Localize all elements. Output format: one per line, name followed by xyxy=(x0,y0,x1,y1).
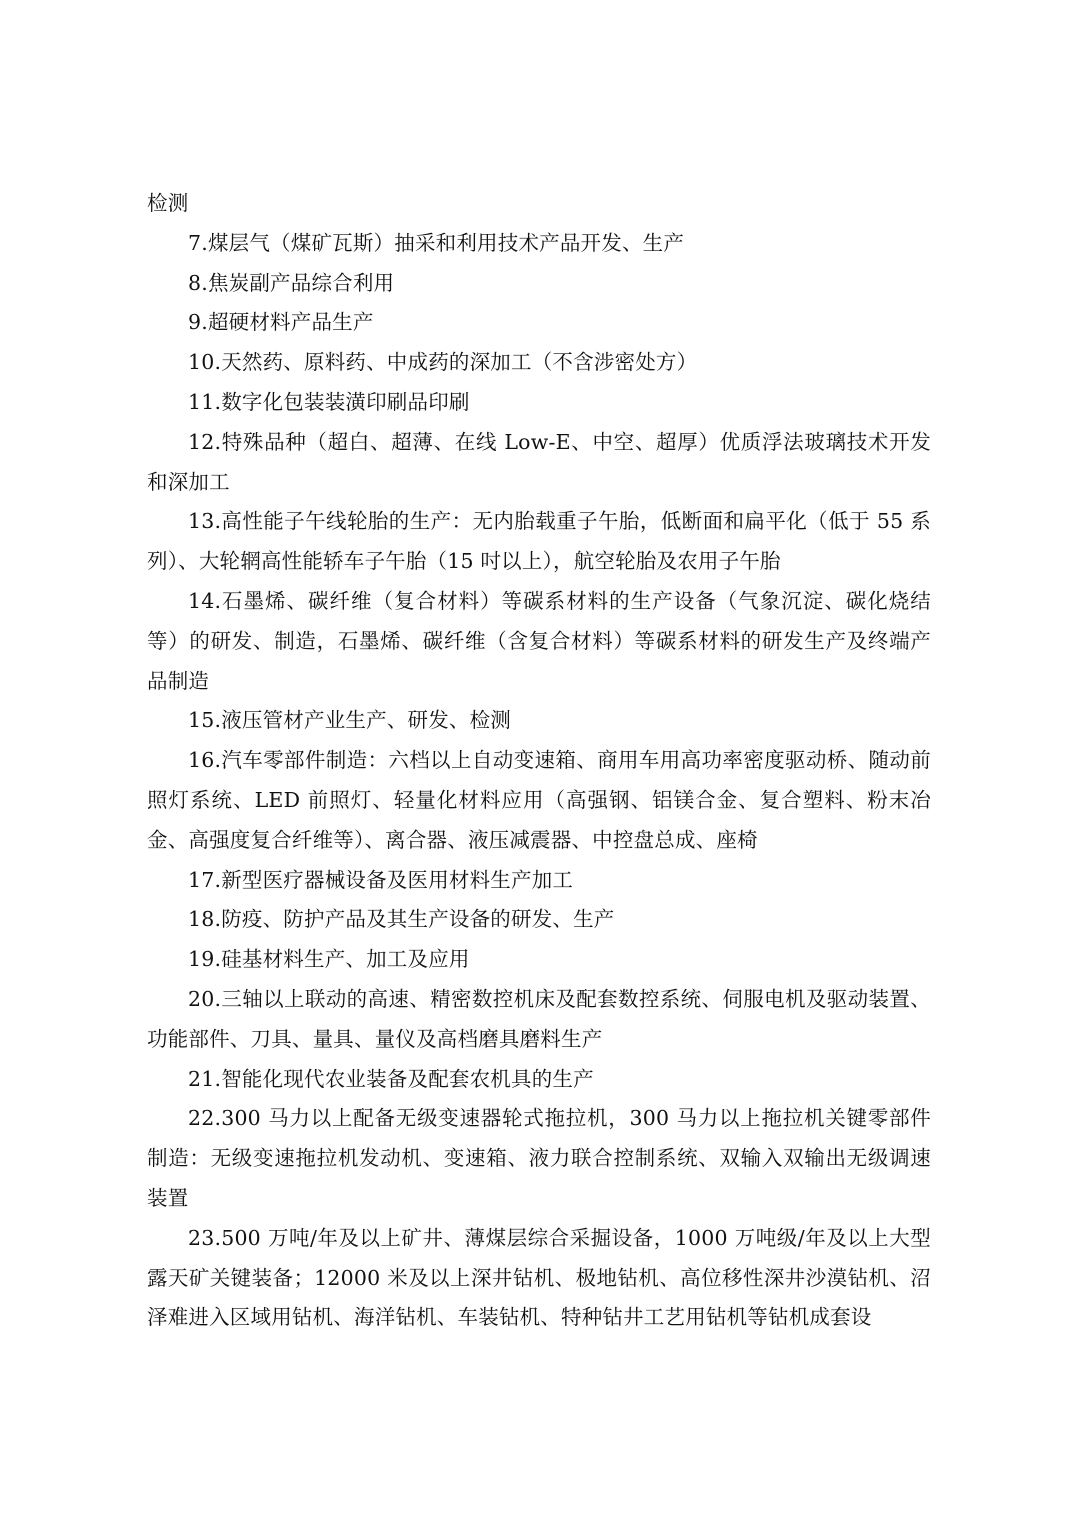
list-item-22: 22.300 马力以上配备无级变速器轮式拖拉机，300 马力以上拖拉机关键零部件… xyxy=(147,1099,931,1218)
list-item-21: 21.智能化现代农业装备及配套农机具的生产 xyxy=(147,1060,931,1100)
list-item-9: 9.超硬材料产品生产 xyxy=(147,303,931,343)
list-item-10: 10.天然药、原料药、中成药的深加工（不含涉密处方） xyxy=(147,343,931,383)
list-item-13: 13.高性能子午线轮胎的生产：无内胎载重子午胎，低断面和扁平化（低于 55 系列… xyxy=(147,502,931,582)
paragraph-continuation: 检测 xyxy=(147,184,931,224)
list-item-19: 19.硅基材料生产、加工及应用 xyxy=(147,940,931,980)
list-item-11: 11.数字化包装装潢印刷品印刷 xyxy=(147,383,931,423)
list-item-17: 17.新型医疗器械设备及医用材料生产加工 xyxy=(147,861,931,901)
list-item-7: 7.煤层气（煤矿瓦斯）抽采和利用技术产品开发、生产 xyxy=(147,224,931,264)
list-item-12: 12.特殊品种（超白、超薄、在线 Low-E、中空、超厚）优质浮法玻璃技术开发和… xyxy=(147,423,931,503)
list-item-23: 23.500 万吨/年及以上矿井、薄煤层综合采掘设备，1000 万吨级/年及以上… xyxy=(147,1219,931,1338)
list-item-16: 16.汽车零部件制造：六档以上自动变速箱、商用车用高功率密度驱动桥、随动前照灯系… xyxy=(147,741,931,860)
list-item-15: 15.液压管材产业生产、研发、检测 xyxy=(147,701,931,741)
document-page: 检测 7.煤层气（煤矿瓦斯）抽采和利用技术产品开发、生产 8.焦炭副产品综合利用… xyxy=(147,184,931,1338)
list-item-14: 14.石墨烯、碳纤维（复合材料）等碳系材料的生产设备（气象沉淀、碳化烧结等）的研… xyxy=(147,582,931,701)
list-item-8: 8.焦炭副产品综合利用 xyxy=(147,264,931,304)
list-item-20: 20.三轴以上联动的高速、精密数控机床及配套数控系统、伺服电机及驱动装置、功能部… xyxy=(147,980,931,1060)
list-item-18: 18.防疫、防护产品及其生产设备的研发、生产 xyxy=(147,900,931,940)
